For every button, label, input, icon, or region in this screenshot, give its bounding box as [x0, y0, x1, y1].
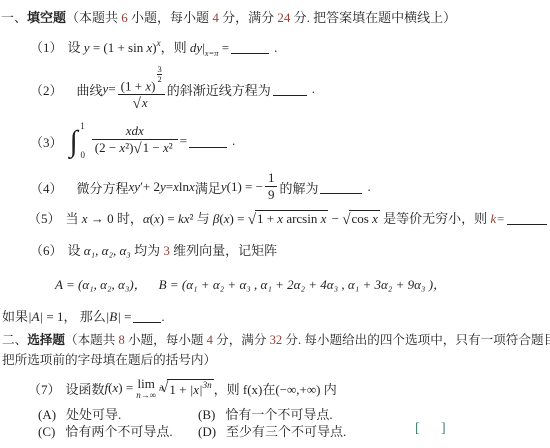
answer-blank: [320, 180, 362, 194]
math-var: |x|: [190, 382, 203, 397]
math-text: (1) = −: [227, 179, 263, 195]
period: .: [367, 179, 370, 195]
math-var: dy: [190, 40, 202, 55]
section2-number: 二、: [2, 333, 27, 347]
text: 是等价无穷小，则: [380, 211, 491, 226]
section1-desc: （本题共: [66, 10, 121, 25]
math-var: α: [143, 211, 150, 226]
fraction-denominator: (2 − x²)√1 − x²: [92, 139, 178, 158]
section2-desc: 小题，每小题: [125, 333, 207, 347]
text: ，则: [161, 40, 190, 55]
exp-den: 2: [157, 74, 161, 84]
exam-page: 一、填空题（本题共 6 小题，每小题 4 分，满分 24 分. 把答案填在题中横…: [0, 0, 550, 448]
integral-upper-limit: 1: [80, 121, 85, 131]
math-var: x: [321, 211, 327, 226]
ln-function: ln: [179, 179, 189, 195]
section2-header: 二、选择题（本题共 8 小题，每小题 4 分，满分 32 分. 每小题给出的四个…: [2, 329, 550, 348]
question-number: （5）: [28, 211, 61, 226]
radicand: x: [140, 94, 150, 110]
period: .: [232, 133, 235, 149]
paren: ) =: [160, 211, 178, 226]
math-text: → 0: [88, 211, 114, 226]
question-3: （3） ∫10 xdx (2 − x²)√1 − x² = .: [30, 117, 235, 165]
answer-blank: [231, 40, 269, 54]
math-text: 1 −: [143, 140, 163, 155]
fraction-numerator: 1: [265, 171, 278, 186]
integral-icon: ∫: [70, 128, 78, 155]
question-number: （3）: [30, 132, 63, 151]
option-d: (D)至少有三个不可导点.: [198, 421, 346, 440]
section2-desc: 分，满分: [213, 333, 270, 347]
math-text: (2 −: [95, 140, 120, 155]
math-var: x: [372, 211, 378, 226]
limit-text: lim: [136, 377, 156, 390]
question-number: （2）: [30, 80, 63, 99]
option-b-text: 恰有一个不可导点.: [225, 407, 332, 422]
fraction-numerator: (1 + x)32: [118, 65, 165, 94]
exponent-fraction: 32: [157, 65, 161, 85]
radicand: 1 − x²: [141, 139, 175, 155]
determinant-a: |A|: [28, 309, 43, 324]
option-d-text: 至少有三个不可导点.: [226, 424, 346, 439]
answer-blank: [507, 211, 547, 225]
integral-lower-limit: 0: [81, 150, 86, 160]
answer-blank: [189, 134, 227, 148]
text: 的解为: [279, 178, 318, 197]
fraction: (1 + x)32 √x: [118, 65, 165, 114]
period: .: [274, 40, 277, 55]
option-d-label: (D): [198, 424, 216, 439]
text: 均为: [131, 243, 164, 258]
section1-desc: 分，满分: [219, 10, 278, 25]
radicand: 1 + |x|3n: [167, 379, 213, 398]
option-a-text: 处处可导.: [66, 407, 121, 422]
fraction-numerator: xdx: [92, 124, 178, 139]
answer-blank: [273, 82, 307, 96]
equals: =: [108, 81, 115, 97]
text: 与: [193, 211, 213, 226]
fraction: 19: [265, 171, 278, 203]
math-text: (1 +: [121, 78, 146, 93]
question-5: （5）当 x → 0 时，α(x) = kx² 与 β(x) = √1 + x …: [28, 208, 550, 229]
math-text: = 1: [43, 309, 63, 324]
question-6-conclusion: 如果|A| = 1， 那么|B| =.: [2, 306, 165, 325]
text: ， 那么: [63, 309, 105, 324]
text: 的斜渐近线方程为: [167, 80, 271, 99]
option-c-text: 恰有两个不可导点.: [65, 424, 172, 439]
answer-blank: [133, 309, 161, 323]
text: 曲线: [77, 80, 103, 99]
matrix-b-definition: B = (α₁ + α₂ + α₃ , α₁ + 2α₂ + 4α₃ , α₁ …: [159, 277, 446, 292]
limit: limn→∞: [136, 377, 156, 400]
text: 设: [68, 40, 84, 55]
math-text: 1 +: [257, 211, 277, 226]
exponent: 3n: [203, 380, 212, 390]
question-1: （1）设 y = (1 + sin x)x，则 dy|x=π =.: [30, 37, 277, 58]
points-total: 24: [277, 10, 290, 25]
question-number: （1）: [30, 40, 63, 55]
text: 设: [68, 243, 84, 258]
section2-title: 选择题: [27, 333, 65, 347]
math-text: 1 +: [169, 382, 189, 397]
option-c: (C)恰有两个不可导点.: [38, 421, 173, 440]
option-a-label: (A): [38, 407, 56, 422]
question-number: （4）: [30, 178, 63, 197]
exp-num: 3: [157, 65, 161, 74]
section1-header: 一、填空题（本题共 6 小题，每小题 4 分，满分 24 分. 把答案填在题中横…: [1, 7, 456, 26]
fraction-denominator: 9: [265, 186, 278, 203]
equals: =: [121, 309, 132, 324]
question-2: （2）曲线 y = (1 + x)32 √x 的斜渐近线方程为.: [30, 62, 315, 116]
math-text: ²: [169, 140, 173, 155]
math-var: kx: [178, 211, 190, 226]
cos-function: cos: [351, 211, 372, 226]
math-vectors: α₁, α₂, α₃: [84, 243, 131, 258]
question-6: （6）设 α₁, α₂, α₃ 均为 3 维列向量，记矩阵: [30, 240, 277, 259]
question-number: （7）: [28, 379, 61, 398]
math-text: = (1 + sin: [90, 40, 147, 55]
points-total: 32: [270, 333, 283, 347]
section1-desc: 小题，每小题: [128, 10, 213, 25]
arcsin-function: arcsin: [283, 211, 321, 226]
answer-bracket-close: ]: [441, 421, 446, 437]
option-c-label: (C): [38, 424, 55, 439]
limit-subscript: n→∞: [136, 391, 156, 400]
radicand: 1 + x arcsin x: [255, 210, 328, 226]
integral: ∫10: [68, 128, 88, 155]
matrix-a-definition: A = (α₁, α₂, α₃)，: [55, 277, 147, 292]
equals: =: [219, 40, 230, 55]
option-b-label: (B): [198, 407, 215, 422]
question-7-options-cd: (C)恰有两个不可导点. (D)至少有三个不可导点. [ ]: [0, 421, 550, 437]
text: 设函数: [66, 379, 105, 398]
radicand: cos x: [349, 210, 379, 226]
section2-desc: 分. 每小题给出的四个选项中，只有一项符合题目要求，: [282, 333, 550, 347]
determinant-b: |B|: [106, 309, 121, 324]
equals: =: [180, 133, 187, 149]
section1-number: 一、: [1, 10, 27, 25]
section1-desc: 分. 把答案填在题中横线上）: [290, 10, 456, 25]
text: 如果: [2, 309, 28, 324]
question-7-options-ab: (A)处处可导. (B)恰有一个不可导点.: [0, 404, 550, 420]
question-6-matrices: A = (α₁, α₂, α₃)，B = (α₁ + α₂ + α₃ , α₁ …: [55, 274, 446, 293]
text: 微分方程: [77, 178, 129, 197]
text: 时，: [114, 211, 143, 226]
question-7: （7）设函数 f (x) = limn→∞ n√1 + |x|3n ，则 f(x…: [28, 372, 337, 404]
text: 当: [66, 211, 82, 226]
period: .: [161, 309, 164, 324]
text: ，则 f(x)在(−∞,+∞) 内: [214, 379, 337, 398]
fraction-denominator: √x: [118, 94, 165, 113]
text: 维列向量，记矩阵: [170, 243, 277, 258]
question-4: （4）微分方程 xy′ + 2y = x ln x 满足 y(1) = − 19…: [30, 167, 371, 207]
k-equals: k=: [490, 211, 505, 226]
section2-desc: 把所选项前的字母填在题后的括号内）: [2, 353, 216, 367]
minus: −: [328, 211, 342, 226]
paren: ) =: [230, 211, 248, 226]
fraction: xdx (2 − x²)√1 − x²: [92, 124, 178, 158]
subscript: x=π: [205, 48, 219, 58]
section2-header-line2: 把所选项前的字母填在题后的括号内）: [2, 349, 216, 368]
paren: ) =: [118, 380, 133, 396]
answer-bracket-open: [: [415, 421, 420, 437]
question-number: （6）: [30, 243, 63, 258]
math-text: ): [151, 78, 155, 93]
period: .: [312, 81, 315, 97]
section2-desc: （本题共: [65, 333, 119, 347]
math-text: + 2: [143, 179, 160, 195]
math-var: xy: [129, 179, 141, 195]
text: 满足: [195, 178, 221, 197]
section1-title: 填空题: [27, 10, 66, 25]
